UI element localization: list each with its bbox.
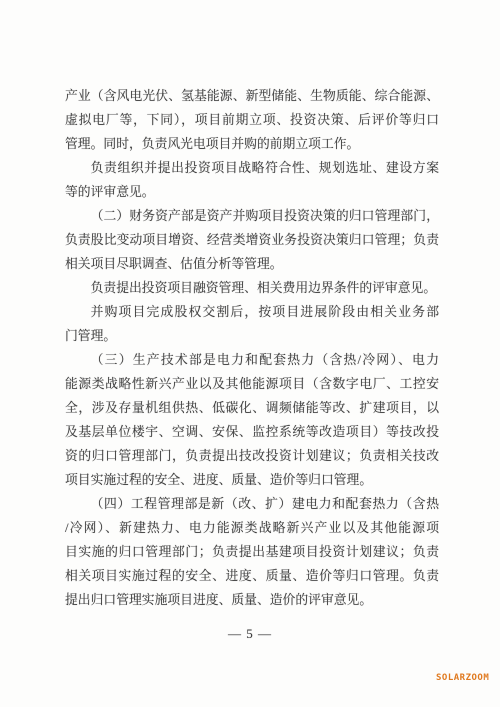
text-line: 等的评审意见。 (65, 180, 439, 204)
text-line: 资的归口管理部门，负责提出技改投资计划建议；负责相关技改 (65, 444, 439, 468)
text-line: 产业（含风电光伏、氢基能源、新型储能、生物质能、综合能源、 (65, 84, 439, 108)
text-line: 相关项目实施过程的安全、进度、质量、造价等归口管理。负责 (65, 564, 439, 588)
text-line: 门管理。 (65, 324, 439, 348)
text-line: 能源类战略性新兴产业以及其他能源项目（含数字电厂、工控安 (65, 372, 439, 396)
text-line: 提出归口管理实施项目进度、质量、造价的评审意见。 (65, 588, 439, 612)
text-line: 虚拟电厂等，下同），项目前期立项、投资决策、后评价等归口 (65, 108, 439, 132)
solarzoom-watermark: SOLARZOOM (436, 673, 489, 683)
scanned-document-page: 产业（含风电光伏、氢基能源、新型储能、生物质能、综合能源、虚拟电厂等，下同），项… (0, 0, 500, 707)
text-line: 相关项目尽职调查、估值分析等管理。 (65, 252, 439, 276)
text-line: （三）生产技术部是电力和配套热力（含热/冷网）、电力 (65, 348, 439, 372)
page-number: — 5 — (0, 626, 500, 642)
text-line: 负责股比变动项目增资、经营类增资业务投资决策归口管理；负责 (65, 228, 439, 252)
document-lines: 产业（含风电光伏、氢基能源、新型储能、生物质能、综合能源、虚拟电厂等，下同），项… (65, 84, 439, 612)
text-line: （二）财务资产部是资产并购项目投资决策的归口管理部门， (65, 204, 439, 228)
text-line: 管理。同时，负责风光电项目并购的前期立项工作。 (65, 132, 439, 156)
text-line: 及基层单位楼宇、空调、安保、监控系统等改造项目）等技改投 (65, 420, 439, 444)
text-line: 并购项目完成股权交割后，按项目进展阶段由相关业务部 (65, 300, 439, 324)
text-line: 全，涉及存量机组供热、低碳化、调频储能等改、扩建项目，以 (65, 396, 439, 420)
text-line: 负责提出投资项目融资管理、相关费用边界条件的评审意见。 (65, 276, 439, 300)
document-body-text: 产业（含风电光伏、氢基能源、新型储能、生物质能、综合能源、虚拟电厂等，下同），项… (65, 84, 439, 612)
text-line: （四）工程管理部是新（改、扩）建电力和配套热力（含热 (65, 492, 439, 516)
text-line: 项目实施过程的安全、进度、质量、造价等归口管理。 (65, 468, 439, 492)
text-line: 目实施的归口管理部门；负责提出基建项目投资计划建议；负责 (65, 540, 439, 564)
text-line: /冷网）、新建热力、电力能源类战略新兴产业以及其他能源项 (65, 516, 439, 540)
text-line: 负责组织并提出投资项目战略符合性、规划选址、建设方案 (65, 156, 439, 180)
